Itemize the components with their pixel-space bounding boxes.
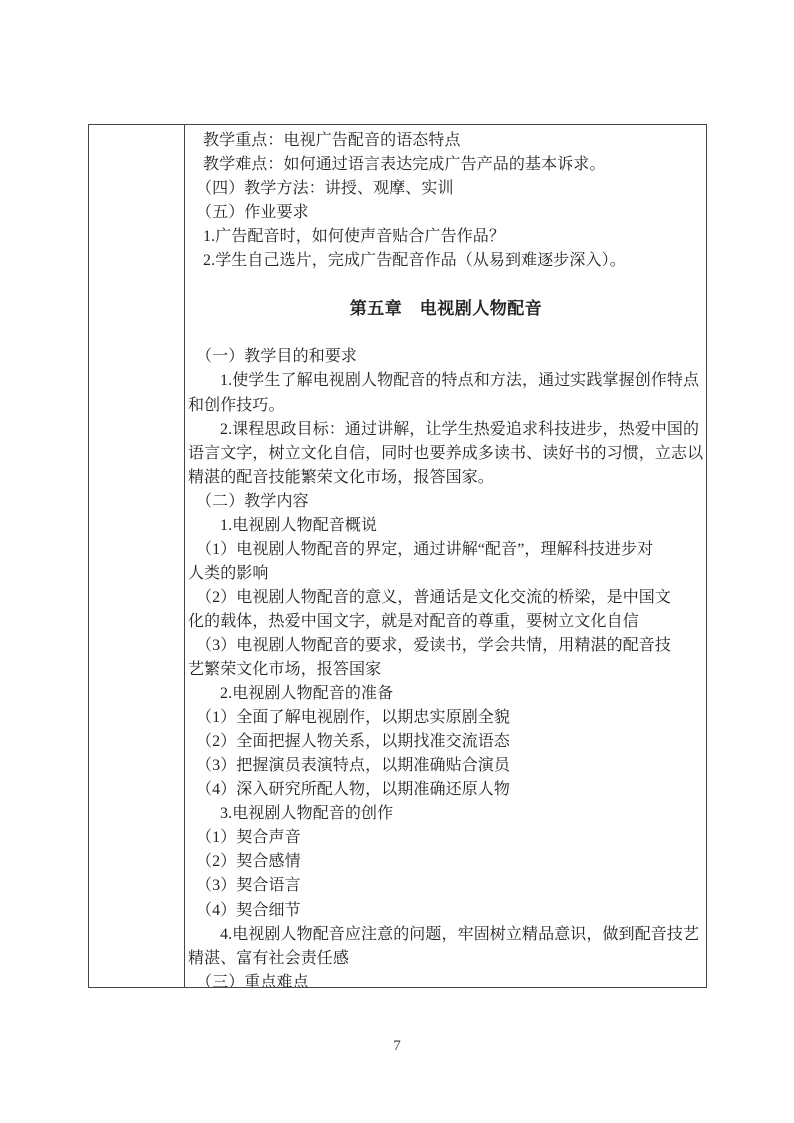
text-line: 艺繁荣文化市场，报答国家 <box>188 658 704 682</box>
text-line: （1）全面了解电视剧作，以期忠实原剧全貌 <box>188 706 704 730</box>
blank-line <box>188 273 704 297</box>
text-line: 精湛、富有社会责任感 <box>188 947 704 971</box>
text-line: （五）作业要求 <box>188 201 704 225</box>
text-line: （3）契合语言 <box>188 874 704 898</box>
text-line: 1.电视剧人物配音概说 <box>188 514 704 538</box>
text-line: 4.电视剧人物配音应注意的问题，牢固树立精品意识，做到配音技艺 <box>188 923 704 947</box>
text-line: （2）全面把握人物关系，以期找准交流语态 <box>188 730 704 754</box>
text-line: （三）重点难点 <box>188 971 704 987</box>
text-line: （1）电视剧人物配音的界定，通过讲解“配音”，理解科技进步对 <box>188 538 704 562</box>
text-line: 和创作技巧。 <box>188 394 704 418</box>
text-line: （四）教学方法：讲授、观摩、实训 <box>188 177 704 201</box>
text-line: 人类的影响 <box>188 562 704 586</box>
text-line: 1.广告配音时，如何使声音贴合广告作品？ <box>188 225 704 249</box>
text-line: 2.电视剧人物配音的准备 <box>188 682 704 706</box>
text-line: （2）契合感情 <box>188 850 704 874</box>
text-line: （4）契合细节 <box>188 899 704 923</box>
text-line: （3）把握演员表演特点，以期准确贴合演员 <box>188 754 704 778</box>
text-line: （1）契合声音 <box>188 826 704 850</box>
text-block: 教学重点：电视广告配音的语态特点教学难点：如何通过语言表达完成广告产品的基本诉求… <box>188 129 704 987</box>
document-page: 教学重点：电视广告配音的语态特点教学难点：如何通过语言表达完成广告产品的基本诉求… <box>0 0 794 1123</box>
table-content-column: 教学重点：电视广告配音的语态特点教学难点：如何通过语言表达完成广告产品的基本诉求… <box>185 125 706 987</box>
text-line: （2）电视剧人物配音的意义，普通话是文化交流的桥梁，是中国文 <box>188 586 704 610</box>
text-line: 2.学生自己选片，完成广告配音作品（从易到难逐步深入）。 <box>188 249 704 273</box>
chapter-title: 第五章 电视剧人物配音 <box>188 297 704 321</box>
text-line: （二）教学内容 <box>188 490 704 514</box>
text-line: （一）教学目的和要求 <box>188 345 704 369</box>
text-line: 教学难点：如何通过语言表达完成广告产品的基本诉求。 <box>188 153 704 177</box>
text-line: 1.使学生了解电视剧人物配音的特点和方法，通过实践掌握创作特点 <box>188 369 704 393</box>
text-line: （4）深入研究所配人物，以期准确还原人物 <box>188 778 704 802</box>
text-line: 3.电视剧人物配音的创作 <box>188 802 704 826</box>
text-line: 化的载体，热爱中国文字，就是对配音的尊重，要树立文化自信 <box>188 610 704 634</box>
text-line: （3）电视剧人物配音的要求，爱读书，学会共情，用精湛的配音技 <box>188 634 704 658</box>
page-number: 7 <box>0 1038 794 1055</box>
text-line: 语言文字，树立文化自信，同时也要养成多读书、读好书的习惯，立志以 <box>188 442 704 466</box>
table-left-column <box>89 125 185 987</box>
content-table: 教学重点：电视广告配音的语态特点教学难点：如何通过语言表达完成广告产品的基本诉求… <box>88 124 707 988</box>
text-line: 教学重点：电视广告配音的语态特点 <box>188 129 704 153</box>
text-line: 精湛的配音技能繁荣文化市场，报答国家。 <box>188 466 704 490</box>
text-line: 2.课程思政目标：通过讲解，让学生热爱追求科技进步，热爱中国的 <box>188 418 704 442</box>
blank-line <box>188 321 704 345</box>
